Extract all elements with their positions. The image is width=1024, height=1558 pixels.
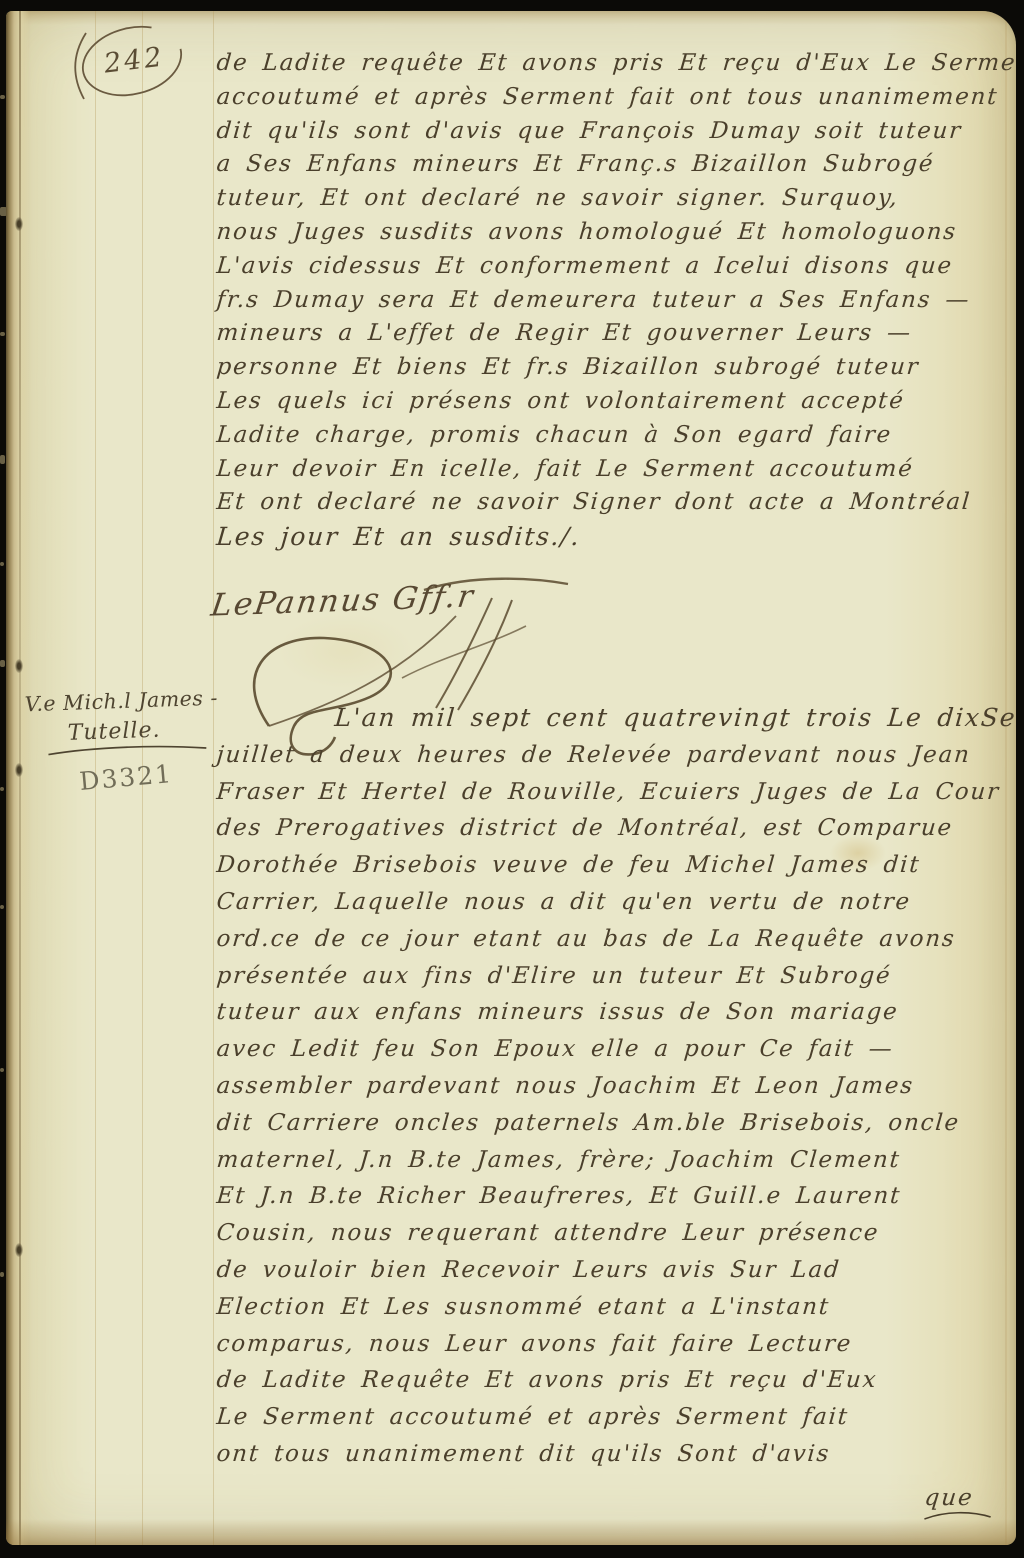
paragraph-1: de Ladite requête Et avons pris Et reçu … (215, 47, 1016, 554)
manuscript-line-2: accoutumé et après Serment fait ont tous… (215, 81, 1016, 115)
paper-edge-speck (0, 660, 5, 667)
manuscript-line-20: Le Serment accoutumé et après Serment fa… (215, 1399, 1016, 1436)
manuscript-line-17: Election Et Les susnommé etant a L'insta… (215, 1289, 1016, 1326)
manuscript-line-3: Fraser Et Hertel de Rouville, Ecuiers Ju… (215, 774, 1016, 811)
manuscript-paper: 242 de Ladite requête Et avons pris Et r… (6, 11, 1016, 1545)
manuscript-line-10: avec Ledit feu Son Epoux elle a pour Ce … (215, 1031, 1016, 1068)
manuscript-line-3: dit qu'ils sont d'avis que François Duma… (215, 115, 1016, 149)
manuscript-line-19: de Ladite Requête Et avons pris Et reçu … (215, 1362, 1016, 1399)
paper-edge-speck (0, 455, 5, 464)
manuscript-line-9: mineurs a L'effet de Regir Et gouverner … (215, 317, 1016, 351)
binding-stitch (15, 217, 23, 231)
manuscript-line-8: présentée aux fins d'Elire un tuteur Et … (215, 958, 1016, 995)
paper-edge-speck (0, 332, 5, 336)
manuscript-line-21: ont tous unanimement dit qu'ils Sont d'a… (215, 1436, 1016, 1473)
paper-edge-speck (0, 1068, 4, 1072)
manuscript-line-11: assembler pardevant nous Joachim Et Leon… (215, 1068, 1016, 1105)
margin-note-subject: Tutelle. (67, 718, 161, 746)
manuscript-line-10: personne Et biens Et fr.s Bizaillon subr… (215, 351, 1016, 385)
binding-fold-line (19, 11, 21, 1545)
manuscript-line-14: Et ont declaré ne savoir Signer dont act… (215, 486, 1016, 520)
manuscript-line-12: dit Carriere oncles paternels Am.ble Bri… (215, 1105, 1016, 1142)
binding-stitch (15, 1243, 23, 1257)
manuscript-line-5: tuteur, Et ont declaré ne savoir signer.… (215, 182, 1016, 216)
paper-edge-speck (0, 1272, 4, 1277)
manuscript-line-1: de Ladite requête Et avons pris Et reçu … (215, 47, 1016, 81)
manuscript-line-13: maternel, J.n B.te James, frère; Joachim… (215, 1142, 1016, 1179)
manuscript-line-1: L'an mil sept cent quatrevingt trois Le … (215, 700, 1016, 737)
manuscript-line-7: ord.ce de ce jour etant au bas de La Req… (215, 921, 1016, 958)
paper-edge-speck (0, 95, 5, 99)
margin-note-reference: D3321 (78, 755, 218, 796)
manuscript-line-11: Les quels ici présens ont volontairement… (215, 385, 1016, 419)
manuscript-line-2: juillet a deux heures de Relevée pardeva… (215, 737, 1016, 774)
manuscript-line-6: nous Juges susdits avons homologué Et ho… (215, 216, 1016, 250)
binding-stitch (15, 763, 23, 777)
paper-edge-speck (0, 905, 4, 909)
manuscript-line-13: Leur devoir En icelle, fait Le Serment a… (215, 453, 1016, 487)
paper-edge-speck (0, 562, 4, 566)
page-number-badge: 242 (70, 19, 192, 111)
binding-stitch (15, 659, 23, 673)
manuscript-line-6: Carrier, Laquelle nous a dit qu'en vertu… (215, 884, 1016, 921)
manuscript-line-18: comparus, nous Leur avons fait faire Lec… (215, 1326, 1016, 1363)
manuscript-line-15: Cousin, nous requerant attendre Leur pré… (215, 1215, 1016, 1252)
clerk-signature: LePannus Gff.r (209, 578, 477, 623)
scanned-page: 242 de Ladite requête Et avons pris Et r… (0, 0, 1024, 1558)
manuscript-line-4: des Prerogatives district de Montréal, e… (215, 810, 1016, 847)
catchword-flourish (922, 1509, 993, 1523)
paper-edge-speck (0, 787, 4, 791)
manuscript-line-15: Les jour Et an susdits./. (215, 520, 1016, 554)
manuscript-line-9: tuteur aux enfans mineurs issus de Son m… (215, 994, 1016, 1031)
paragraph-2: L'an mil sept cent quatrevingt trois Le … (215, 700, 1016, 1473)
manuscript-line-8: fr.s Dumay sera Et demeurera tuteur a Se… (215, 284, 1016, 318)
catchword-text: que (923, 1485, 975, 1511)
margin-annotation: V.e Mich.l James - Tutelle. D3321 (24, 686, 217, 795)
manuscript-line-14: Et J.n B.te Richer Beaufreres, Et Guill.… (215, 1178, 1016, 1215)
manuscript-line-16: de vouloir bien Recevoir Leurs avis Sur … (215, 1252, 1016, 1289)
manuscript-line-4: a Ses Enfans mineurs Et Franç.s Bizaillo… (215, 148, 1016, 182)
manuscript-line-7: L'avis cidessus Et conformement a Icelui… (215, 250, 1016, 284)
catchword: que (922, 1485, 996, 1523)
margin-note-title: V.e Mich.l James - (24, 686, 215, 717)
manuscript-line-5: Dorothée Brisebois veuve de feu Michel J… (215, 847, 1016, 884)
manuscript-line-12: Ladite charge, promis chacun à Son egard… (215, 419, 1016, 453)
